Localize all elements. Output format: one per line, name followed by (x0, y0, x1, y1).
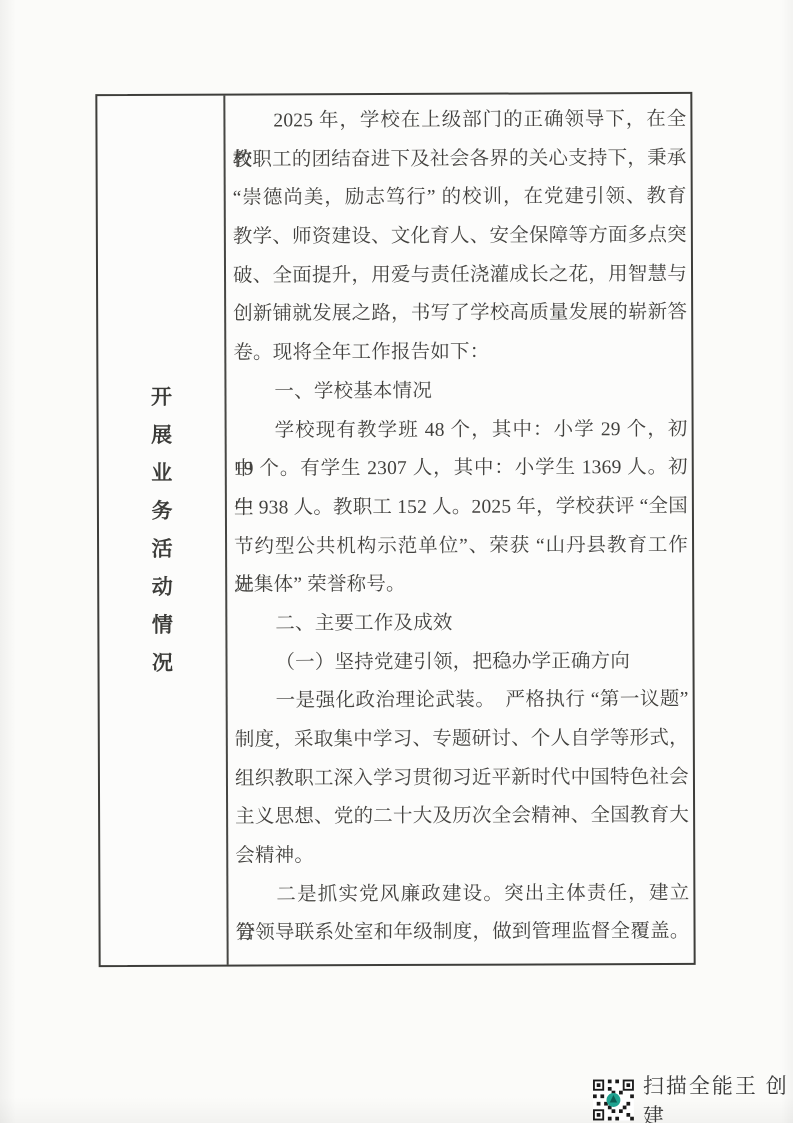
body-line: 一、学校基本情况 (233, 372, 687, 412)
qr-code-icon (593, 1077, 634, 1123)
body-line: “崇德尚美，励志笃行” 的校训，在党建引领、教育 (233, 178, 687, 218)
body-line: 破、全面提升，用爱与责任浇灌成长之花，用智慧与 (233, 256, 687, 296)
body-line: 学校现有教学班 48 个，其中：小学 29 个，初中 (234, 410, 688, 450)
body-line: 管领导联系处室和年级制度，做到管理监督全覆盖。 (235, 913, 689, 953)
row-label-char: 动 (152, 577, 173, 598)
row-label-char: 务 (151, 501, 172, 522)
row-label-char: 展 (151, 425, 172, 446)
body-line: 教职工的团结奋进下及社会各界的关心支持下，秉承 (233, 140, 687, 180)
row-label-char: 情 (152, 615, 173, 636)
body-line: 一是强化政治理论武装。 严格执行 “第一议题” (235, 681, 689, 721)
body-line: 会精神。 (235, 836, 689, 876)
row-label-char: 业 (151, 463, 172, 484)
body-line: 创新铺就发展之路，书写了学校高质量发展的崭新答 (233, 294, 687, 334)
body-line: 二、主要工作及成效 (234, 604, 688, 644)
row-label: 开展业务活动情况 (97, 96, 228, 965)
row-label-char: 开 (151, 387, 172, 408)
scanner-watermark: 扫描全能王 创建 (593, 1070, 793, 1123)
row-label-char: 活 (152, 539, 173, 560)
body-line: 2025 年，学校在上级部门的正确领导下，在全校 (232, 101, 686, 141)
body-line: 19 个。有学生 2307 人，其中：小学生 1369 人。初中 (234, 449, 688, 489)
body-line: 二是抓实党风廉政建设。突出主体责任，建立分 (235, 875, 689, 915)
body-line: 组织教职工深入学习贯彻习近平新时代中国特色社会 (235, 759, 689, 799)
body-line: 节约型公共机构示范单位”、荣获 “山丹县教育工作先 (234, 526, 688, 566)
row-label-char: 况 (152, 653, 173, 674)
body-line: 制度，采取集中学习、专题研讨、个人自学等形式， (235, 720, 689, 760)
body-line: 教学、师资建设、文化育人、安全保障等方面多点突 (233, 217, 687, 257)
report-form-table: 开展业务活动情况 2025 年，学校在上级部门的正确领导下，在全校教职工的团结奋… (95, 92, 695, 967)
body-line: （一）坚持党建引领，把稳办学正确方向 (234, 643, 688, 683)
body-line: 卷。现将全年工作报告如下： (233, 333, 687, 373)
body-line: 生 938 人。教职工 152 人。2025 年，学校获评 “全国 (234, 488, 688, 528)
watermark-label: 扫描全能王 创建 (643, 1070, 793, 1123)
body-line: 进集体” 荣誉称号。 (234, 565, 688, 605)
body-line: 主义思想、党的二十大及历次全会精神、全国教育大 (235, 797, 689, 837)
body-lines: 2025 年，学校在上级部门的正确领导下，在全校教职工的团结奋进下及社会各界的关… (225, 94, 693, 965)
